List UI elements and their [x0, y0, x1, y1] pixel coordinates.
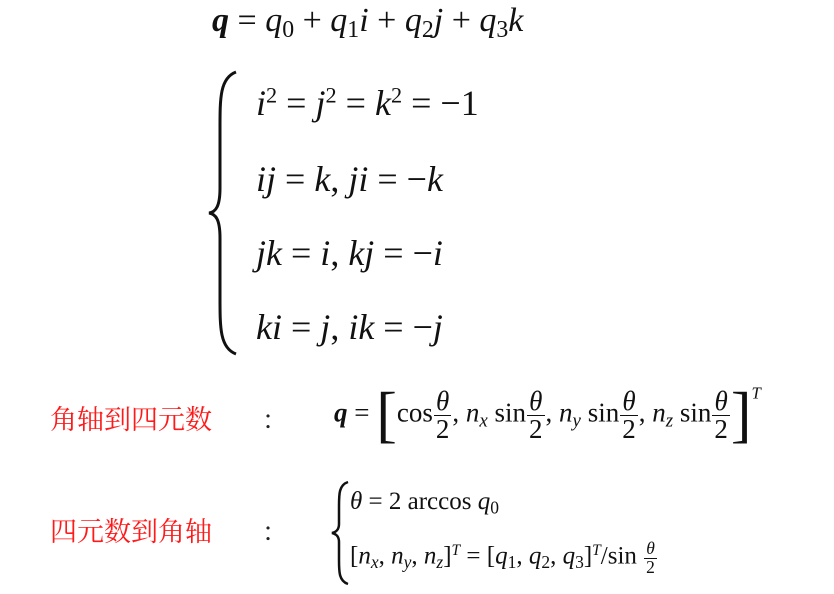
left-brace-icon — [206, 68, 240, 358]
label-axis-angle-to-quaternion: 角轴到四元数 — [50, 398, 212, 437]
rule-jk: jk = i, kj = −i — [256, 232, 443, 274]
colon-separator: ： — [262, 512, 288, 549]
label-quaternion-to-axis-angle: 四元数到角轴 — [50, 510, 212, 549]
colon-separator: ： — [262, 400, 288, 437]
left-brace-icon — [330, 480, 350, 586]
rule-ij: ij = k, ji = −k — [256, 158, 443, 200]
quaternion-definition-formula: q = q0 + q1i + q2j + q3k — [212, 2, 523, 44]
theta-from-q0-formula: θ = 2 arccos q0 — [350, 488, 499, 518]
axis-angle-to-quaternion-formula: q = [cosθ2, nx sinθ2, ny sinθ2, nz sinθ2… — [334, 380, 761, 451]
rule-ki: ki = j, ik = −j — [256, 306, 443, 348]
rule-squares: i2 = j2 = k2 = −1 — [256, 82, 479, 124]
axis-from-quaternion-formula: [nx, ny, nz]T = [q1, q2, q3]T/sin θ2 — [350, 540, 658, 576]
